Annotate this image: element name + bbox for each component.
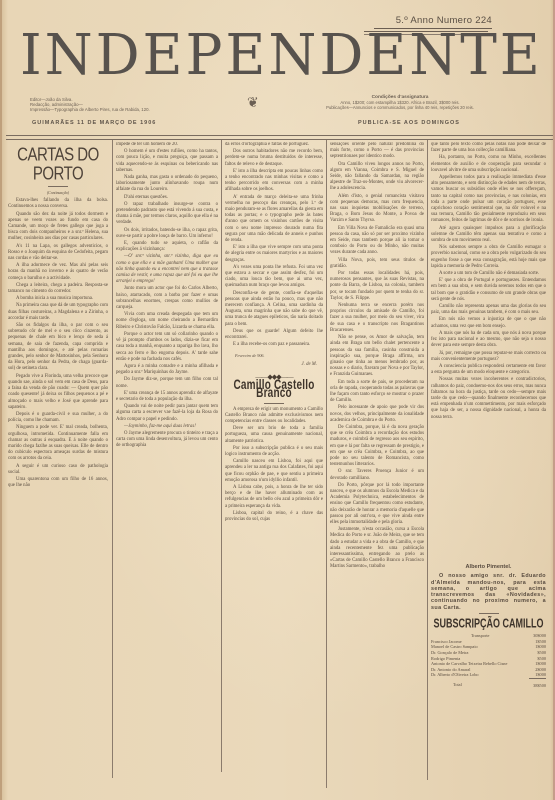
paragraph: A mais que nós ha de cada um, que nós á … bbox=[431, 331, 546, 350]
column-3: da erros d'ortographia e faltas de portu… bbox=[225, 142, 323, 782]
paragraph: Lisboa, capital do reino, é a chave das … bbox=[225, 511, 323, 523]
section-rule bbox=[479, 613, 499, 614]
publication-day: PUBLICA-SE AOS DOMINGOS bbox=[358, 120, 460, 126]
imprint-printing: Impressão—Typographia de Alberto Pires, … bbox=[30, 107, 230, 112]
paragraph: Do Porto, pôrque por lá todo importante … bbox=[330, 483, 424, 526]
column-4: sensações oriente pelo natural predomina… bbox=[330, 142, 424, 790]
paragraph: Além d'isto, o genial romancista visitav… bbox=[330, 194, 424, 225]
paragraph: Chega a leiteira, chega a padeira. Respo… bbox=[8, 283, 108, 295]
paragraph: E' isto a ilha que vive sempre com uma p… bbox=[225, 245, 323, 264]
paragraph: O rapaz trabalhado insurge-se contra o p… bbox=[116, 202, 218, 227]
headline-subscripcao-camillo: SUBSCRIPÇÃO CAMILLO bbox=[431, 619, 546, 628]
paragraph: Por isso a subscripção publica é o seu m… bbox=[225, 446, 323, 458]
paragraph: O homem é um d'estes rufiões, como ha ta… bbox=[116, 149, 218, 174]
article-dateline: Fevereiro de 906. bbox=[235, 353, 323, 359]
paragraph: Nada ganha, mas gasta o ordenado do pequ… bbox=[116, 175, 218, 194]
paragraph: Deus que os guarde! Algum defeito lhe en… bbox=[225, 329, 323, 341]
paragraph: Villa Nova, pois, tem seus titulos de gr… bbox=[330, 258, 424, 270]
masthead-double-rule bbox=[6, 135, 553, 140]
paragraph: D'ahi eternas questões. bbox=[116, 195, 218, 201]
paragraph: Ha, portanto, no Porto, como no Minho, e… bbox=[431, 155, 546, 174]
paragraph: Estava-lhes fallando da ilha da bolsa. C… bbox=[8, 198, 108, 210]
newspaper-title: INDEPENDENTE bbox=[20, 30, 481, 82]
paragraph: Appellemos todos para a realisação immed… bbox=[431, 175, 546, 225]
paragraph: Dos outros habitadores não me recordo be… bbox=[225, 149, 323, 168]
paragraph: Pelo incessante de apoio que pode vir do… bbox=[330, 405, 424, 424]
article-signature: J. de M. bbox=[225, 362, 317, 368]
paragraph: A Lisboa cabe, pois, a honra de lhe ter … bbox=[225, 485, 323, 510]
headline-camillo-castello-branco: Camillo Castello Branco bbox=[225, 382, 323, 399]
headline-cartas-do-porto: CARTAS DO PORTO bbox=[8, 146, 108, 184]
paragraph: Não se pense, os Amor de salvação, tem a… bbox=[330, 335, 424, 378]
paragraph: Nenhuma terra se encerra porém nos propr… bbox=[330, 303, 424, 334]
paragraph: da erros d'ortographia e faltas de portu… bbox=[225, 142, 323, 148]
imprint-right: Condições d'assignatura Anno, 1$200; com… bbox=[295, 95, 505, 110]
subscription-total-row: Total 38$500 bbox=[431, 678, 546, 688]
paragraph: Porque o actor tem um só collarinho quan… bbox=[116, 332, 218, 363]
paragraph: E' uma creança de 15 annos aprendiz de a… bbox=[116, 391, 218, 403]
paragraph: Quando são dez da noite já todos dormem … bbox=[8, 212, 108, 243]
paragraph: Desconfia-se de gente, confia-se d'aquel… bbox=[225, 291, 323, 328]
column-5-article: que tanto pelo texto como pelas notas nã… bbox=[431, 142, 546, 562]
paragraph: A seguir é um curioso caso de pathologia… bbox=[8, 464, 108, 476]
paragraph: A bomba inicia a sua musica importuna. bbox=[8, 296, 108, 302]
continued-note: (Continuação) bbox=[8, 190, 108, 196]
paragraph: Uma quarentona com um filho de 16 annos,… bbox=[8, 477, 108, 489]
date-line: GUIMARÃES 11 DE MARÇO DE 1906 bbox=[32, 120, 156, 126]
paragraph: Depois é o guarda-civil e sua mulher, a … bbox=[8, 412, 108, 424]
paragraph: O Jayme alegremente procura o tinteiro e… bbox=[116, 431, 218, 450]
paragraph: sensações oriente pelo natural predomina… bbox=[330, 142, 424, 161]
column-1: CARTAS DO PORTO (Continuação) Estava-lhe… bbox=[8, 142, 108, 792]
publication-prices: Publicações—Annuncios e communicados, po… bbox=[295, 105, 505, 110]
paragraph: Camillo nasceu em Lisboa, foi aqui que a… bbox=[225, 459, 323, 484]
headline-rule bbox=[48, 186, 68, 187]
paragraph: São os fidalgos da ilha, o par com o seu… bbox=[8, 323, 108, 373]
paragraph: Ninguem a pode ver. E' mal creada, bolhe… bbox=[8, 425, 108, 462]
paragraph: Até agora quaisquer impulsos para a glor… bbox=[431, 226, 546, 245]
paragraph: Em Villa Nova de Famalicão era quasi uma… bbox=[330, 226, 424, 257]
paragraph: E' que a obra de Portugal e portuguezes.… bbox=[431, 278, 546, 303]
paragraph: Ora Camillo viveu longos annos no Porto,… bbox=[330, 162, 424, 193]
paragraph: A ilha adormece de vez. Mas ahi pelas se… bbox=[8, 263, 108, 282]
paragraph: Agora é a minha comadre e a minha afilha… bbox=[116, 364, 218, 376]
paragraph: A's vezes uma ponta lhe refusta. Foi uma… bbox=[225, 265, 323, 290]
paragraph: Junto mora um actor que foi do Carlos Al… bbox=[116, 286, 218, 311]
column-divider bbox=[326, 140, 327, 788]
paragraph: Vivia com uma creada despegada que tem u… bbox=[116, 312, 218, 331]
paragraph: Em nós não vemos a injustiça de que o qu… bbox=[431, 317, 546, 329]
paragraph: Nossas muitas vezes incoherentes e contr… bbox=[431, 377, 546, 420]
paragraph: Por todas essas localidades há, pois, nu… bbox=[330, 271, 424, 302]
paragraph-quote: —Jayminho, faz-me aqui duas letras! bbox=[116, 424, 218, 430]
paragraph: Pegado vive a Florinda, uma velha precoc… bbox=[8, 374, 108, 411]
paragraph: A empreza de erigir um monumento a Camil… bbox=[225, 407, 323, 426]
paragraph: Deve ser um brio de toda a familia portu… bbox=[225, 426, 323, 445]
paragraph: A's 11 na Lapa, os gallegos adventicios,… bbox=[8, 244, 108, 263]
paragraph: Os dois, irritados, batendo-se ilha, o r… bbox=[116, 228, 218, 240]
paragraph: A sorte a um tom de Camillo não é demasi… bbox=[431, 271, 546, 277]
column-5: que tanto pelo texto como pelas notas nã… bbox=[431, 142, 546, 792]
paragraph: Na primeira casa que dá de um typographo… bbox=[8, 303, 108, 322]
paragraph-quote: —O' snr.ª vizinha, snr.ª vizinha, diga q… bbox=[116, 254, 218, 285]
paragraph: Quando vai de noite pedir para jantar qu… bbox=[116, 404, 218, 423]
fleuron-ornament-icon: ❦ bbox=[247, 95, 259, 112]
newspaper-page: 5.º Anno Numero 224 INDEPENDENTE Editor—… bbox=[0, 0, 555, 800]
paragraph: A' entrada de março deleita-se uma frinh… bbox=[225, 195, 323, 245]
paragraph: O snr. Taveres Proença Junior é um devot… bbox=[330, 469, 424, 481]
headline-rule bbox=[264, 403, 284, 404]
paragraph: E, quando tudo se aquieta, o raflão da e… bbox=[116, 241, 218, 253]
article-author: Alberto Pimentel. bbox=[431, 564, 546, 570]
column-divider bbox=[221, 140, 222, 772]
paragraph: Nós sabemos sempre a obra de Camillo esm… bbox=[431, 245, 546, 270]
paragraph: A consciencia publica responderá certame… bbox=[431, 364, 546, 376]
column-divider bbox=[427, 140, 428, 780]
column-2: impede de ter um homem de 20. O homem é … bbox=[116, 142, 218, 772]
paragraph: Justamente, n'esta occasião, cursa a Esc… bbox=[330, 527, 424, 570]
paragraph: Em toda a sorte de pais, se procederam n… bbox=[330, 380, 424, 405]
imprint-left: Editor—João da Silva. Redacção, administ… bbox=[30, 97, 230, 113]
paragraph: Camillo não representa apenas uma das gl… bbox=[431, 304, 546, 316]
paragraph: impede de ter um homem de 20. bbox=[116, 142, 218, 148]
column-divider bbox=[112, 140, 113, 778]
paragraph: Do Jayme diz-se, porque tem um filho com… bbox=[116, 377, 218, 389]
paragraph: Já, por, remaigne que possa reputar-se m… bbox=[431, 351, 546, 363]
editorial-note: O nosso amigo snr. dr. Eduardo d'Almeida… bbox=[431, 573, 546, 611]
paragraph: De Coimbra, porque, lá é da nova geração… bbox=[330, 425, 424, 468]
subscription-list: Transporte 30$000 Francisco Jacome 1$500… bbox=[431, 633, 546, 688]
paragraph: E' isto a ilha descripta em poucas linha… bbox=[225, 169, 323, 194]
paragraph: que tanto pelo texto como pelas notas nã… bbox=[431, 142, 546, 154]
paragraph: E a ilha recebe-os com paz e passaneira. bbox=[225, 342, 323, 348]
